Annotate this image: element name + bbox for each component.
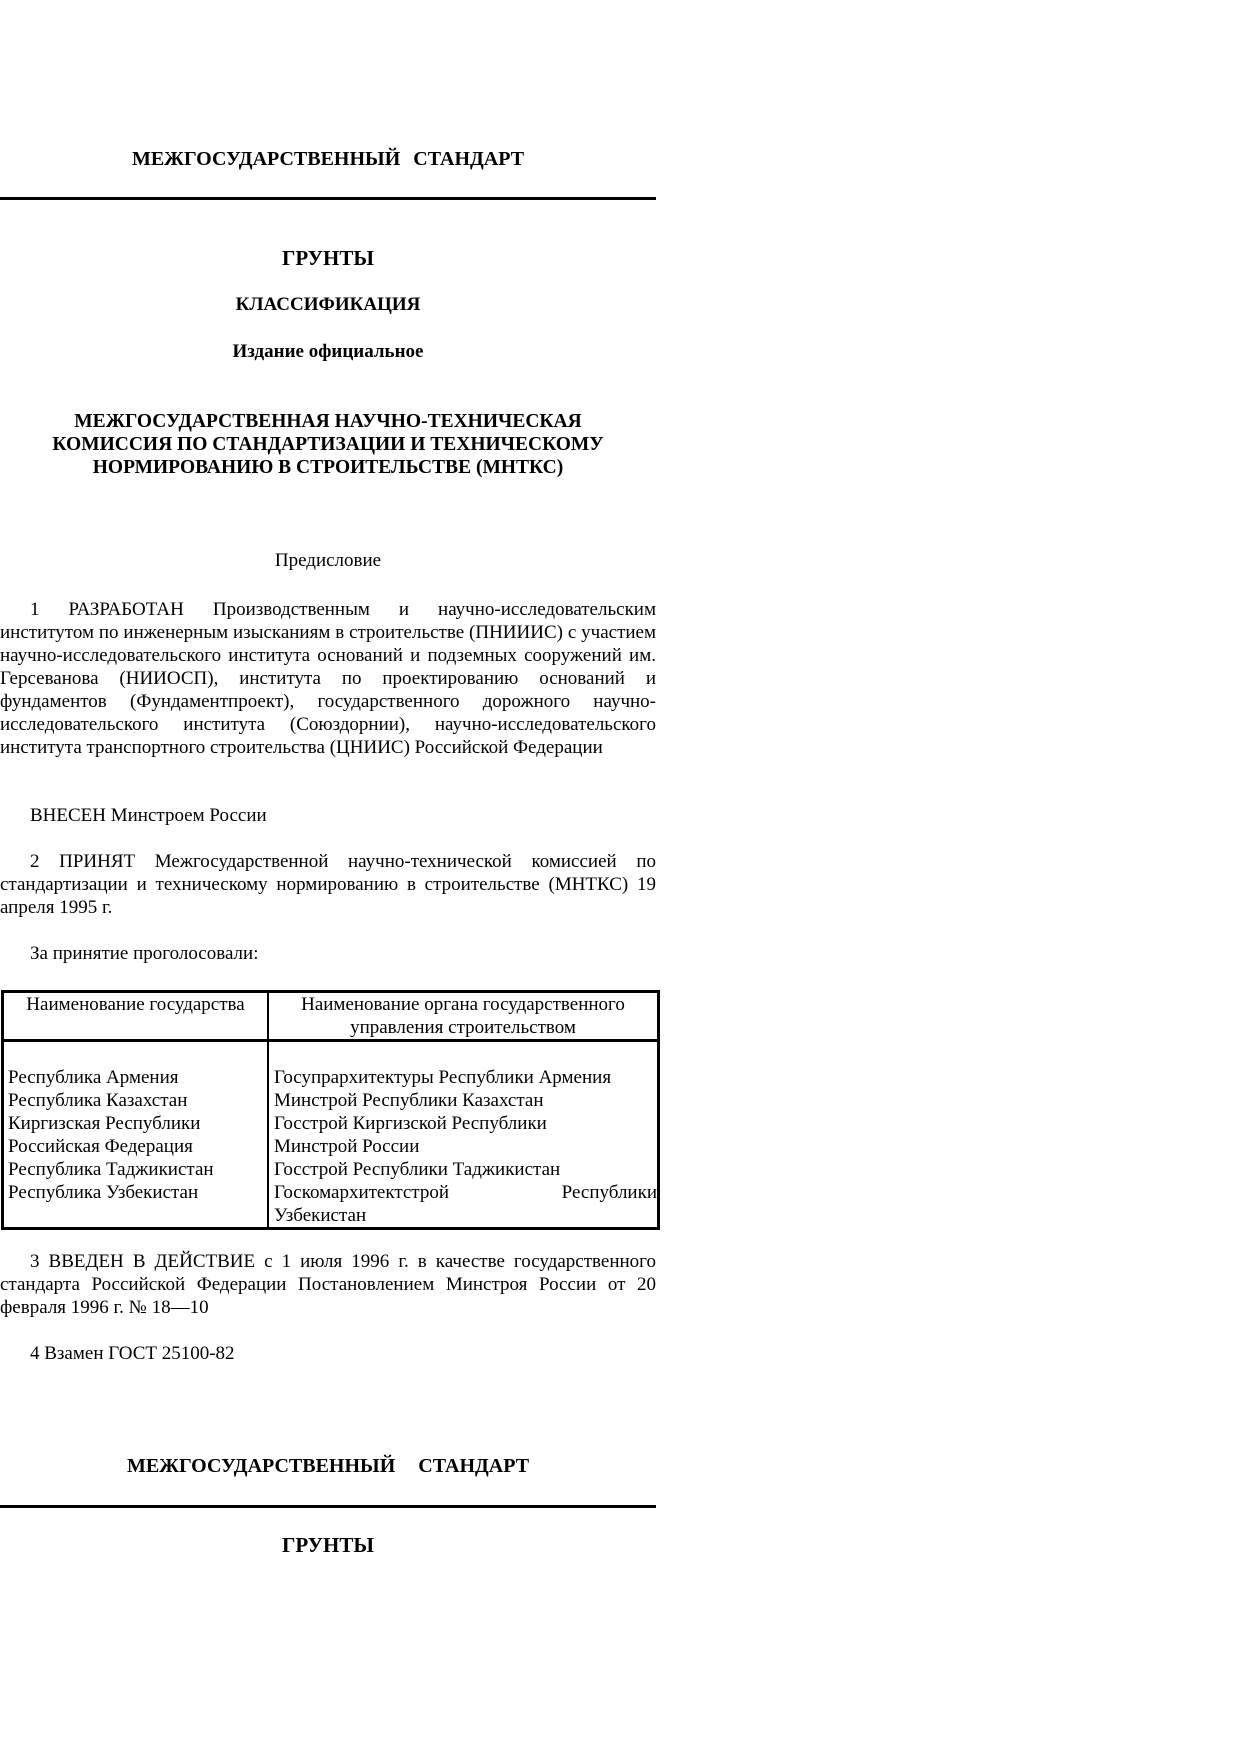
document-title: ГРУНТЫ — [0, 246, 656, 271]
commission-line: МЕЖГОСУДАРСТВЕННАЯ НАУЧНО-ТЕХНИЧЕСКАЯ — [0, 410, 656, 433]
state-column: Республика Армения Республика Казахстан … — [3, 1041, 269, 1229]
authority-name: Госкомархитектстрой Республики — [274, 1181, 657, 1204]
foreword-paragraph-1: 1 РАЗРАБОТАН Производственным и научно-и… — [0, 598, 656, 759]
foreword-paragraph-2: 2 ПРИНЯТ Межгосударственной научно-техни… — [0, 850, 656, 919]
state-name: Республика Армения — [8, 1066, 264, 1089]
authority-name: Госупрархитектуры Республики Армения — [274, 1066, 657, 1089]
edition-label: Издание официальное — [0, 341, 656, 363]
foreword-voted: За принятие проголосовали: — [0, 942, 656, 965]
document-subtitle: КЛАССИФИКАЦИЯ — [0, 294, 656, 316]
state-name: Республика Узбекистан — [8, 1181, 264, 1204]
state-name: Российская Федерация — [8, 1135, 264, 1158]
authority-name: Минстрой России — [274, 1135, 657, 1158]
voting-states-table: Наименование государства Наименование ор… — [1, 990, 660, 1230]
commission-line: КОМИССИЯ ПО СТАНДАРТИЗАЦИИ И ТЕХНИЧЕСКОМ… — [0, 433, 656, 456]
commission-name: МЕЖГОСУДАРСТВЕННАЯ НАУЧНО-ТЕХНИЧЕСКАЯ КО… — [0, 410, 656, 479]
authority-name: Госстрой Киргизской Республики — [274, 1112, 657, 1135]
authority-column: Госупрархитектуры Республики Армения Мин… — [268, 1041, 659, 1229]
state-name: Республика Казахстан — [8, 1089, 264, 1112]
header-rule — [0, 197, 656, 200]
second-standard-label: МЕЖГОСУДАРСТВЕННЫЙ СТАНДАРТ — [0, 1455, 656, 1478]
table-row: Республика Армения Республика Казахстан … — [3, 1041, 659, 1229]
foreword-paragraph-3: 3 ВВЕДЕН В ДЕЙСТВИЕ с 1 июля 1996 г. в к… — [0, 1250, 656, 1319]
foreword-paragraph-4: 4 Взамен ГОСТ 25100-82 — [0, 1342, 656, 1365]
header-state: Наименование государства — [3, 992, 269, 1041]
second-document-title: ГРУНТЫ — [0, 1533, 656, 1558]
authority-name: Минстрой Республики Казахстан — [274, 1089, 657, 1112]
state-name: Республика Таджикистан — [8, 1158, 264, 1181]
state-name: Киргизская Республики — [8, 1112, 264, 1135]
authority-name-continued: Узбекистан — [274, 1204, 657, 1227]
foreword-title: Предисловие — [0, 550, 656, 572]
foreword-introduced: ВНЕСЕН Минстроем России — [0, 804, 656, 827]
second-header-rule — [0, 1505, 656, 1508]
standard-label: МЕЖГОСУДАРСТВЕННЫЙ СТАНДАРТ — [0, 148, 656, 171]
commission-line: НОРМИРОВАНИЮ В СТРОИТЕЛЬСТВЕ (МНТКС) — [0, 456, 656, 479]
authority-name: Госстрой Республики Таджикистан — [274, 1158, 657, 1181]
table-header-row: Наименование государства Наименование ор… — [3, 992, 659, 1041]
header-authority: Наименование органа государственного упр… — [268, 992, 659, 1041]
